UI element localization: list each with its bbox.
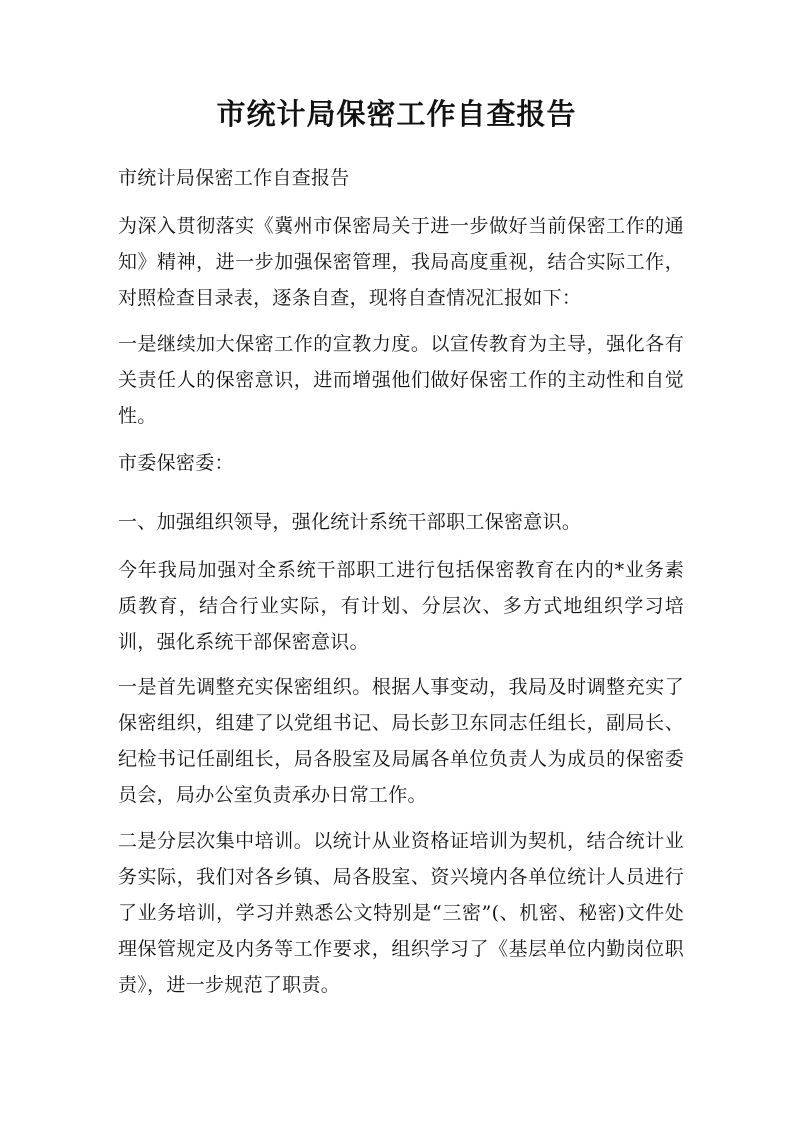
subtitle-paragraph: 市统计局保密工作自查报告 — [118, 160, 684, 196]
addressee-paragraph: 市委保密委： — [118, 445, 684, 481]
document-title: 市统计局保密工作自查报告 — [0, 94, 793, 134]
intro-paragraph: 为深入贯彻落实《冀州市保密局关于进一步做好当前保密工作的通知》精神，进一步加强保… — [118, 208, 684, 316]
section-heading-1: 一、加强组织领导，强化统计系统干部职工保密意识。 — [118, 504, 684, 540]
organization-paragraph: 一是首先调整充实保密组织。根据人事变动，我局及时调整充实了保密组织，组建了以党组… — [118, 669, 684, 813]
publicity-paragraph: 一是继续加大保密工作的宣教力度。以宣传教育为主导，强化各有关责任人的保密意识，进… — [118, 326, 684, 434]
training-paragraph: 今年我局加强对全系统干部职工进行包括保密教育在内的*业务素质教育，结合行业实际，… — [118, 552, 684, 660]
layered-training-paragraph: 二是分层次集中培训。以统计从业资格证培训为契机，结合统计业务实际，我们对各乡镇、… — [118, 823, 684, 1003]
document-page: 市统计局保密工作自查报告 市统计局保密工作自查报告 为深入贯彻落实《冀州市保密局… — [0, 0, 793, 1122]
